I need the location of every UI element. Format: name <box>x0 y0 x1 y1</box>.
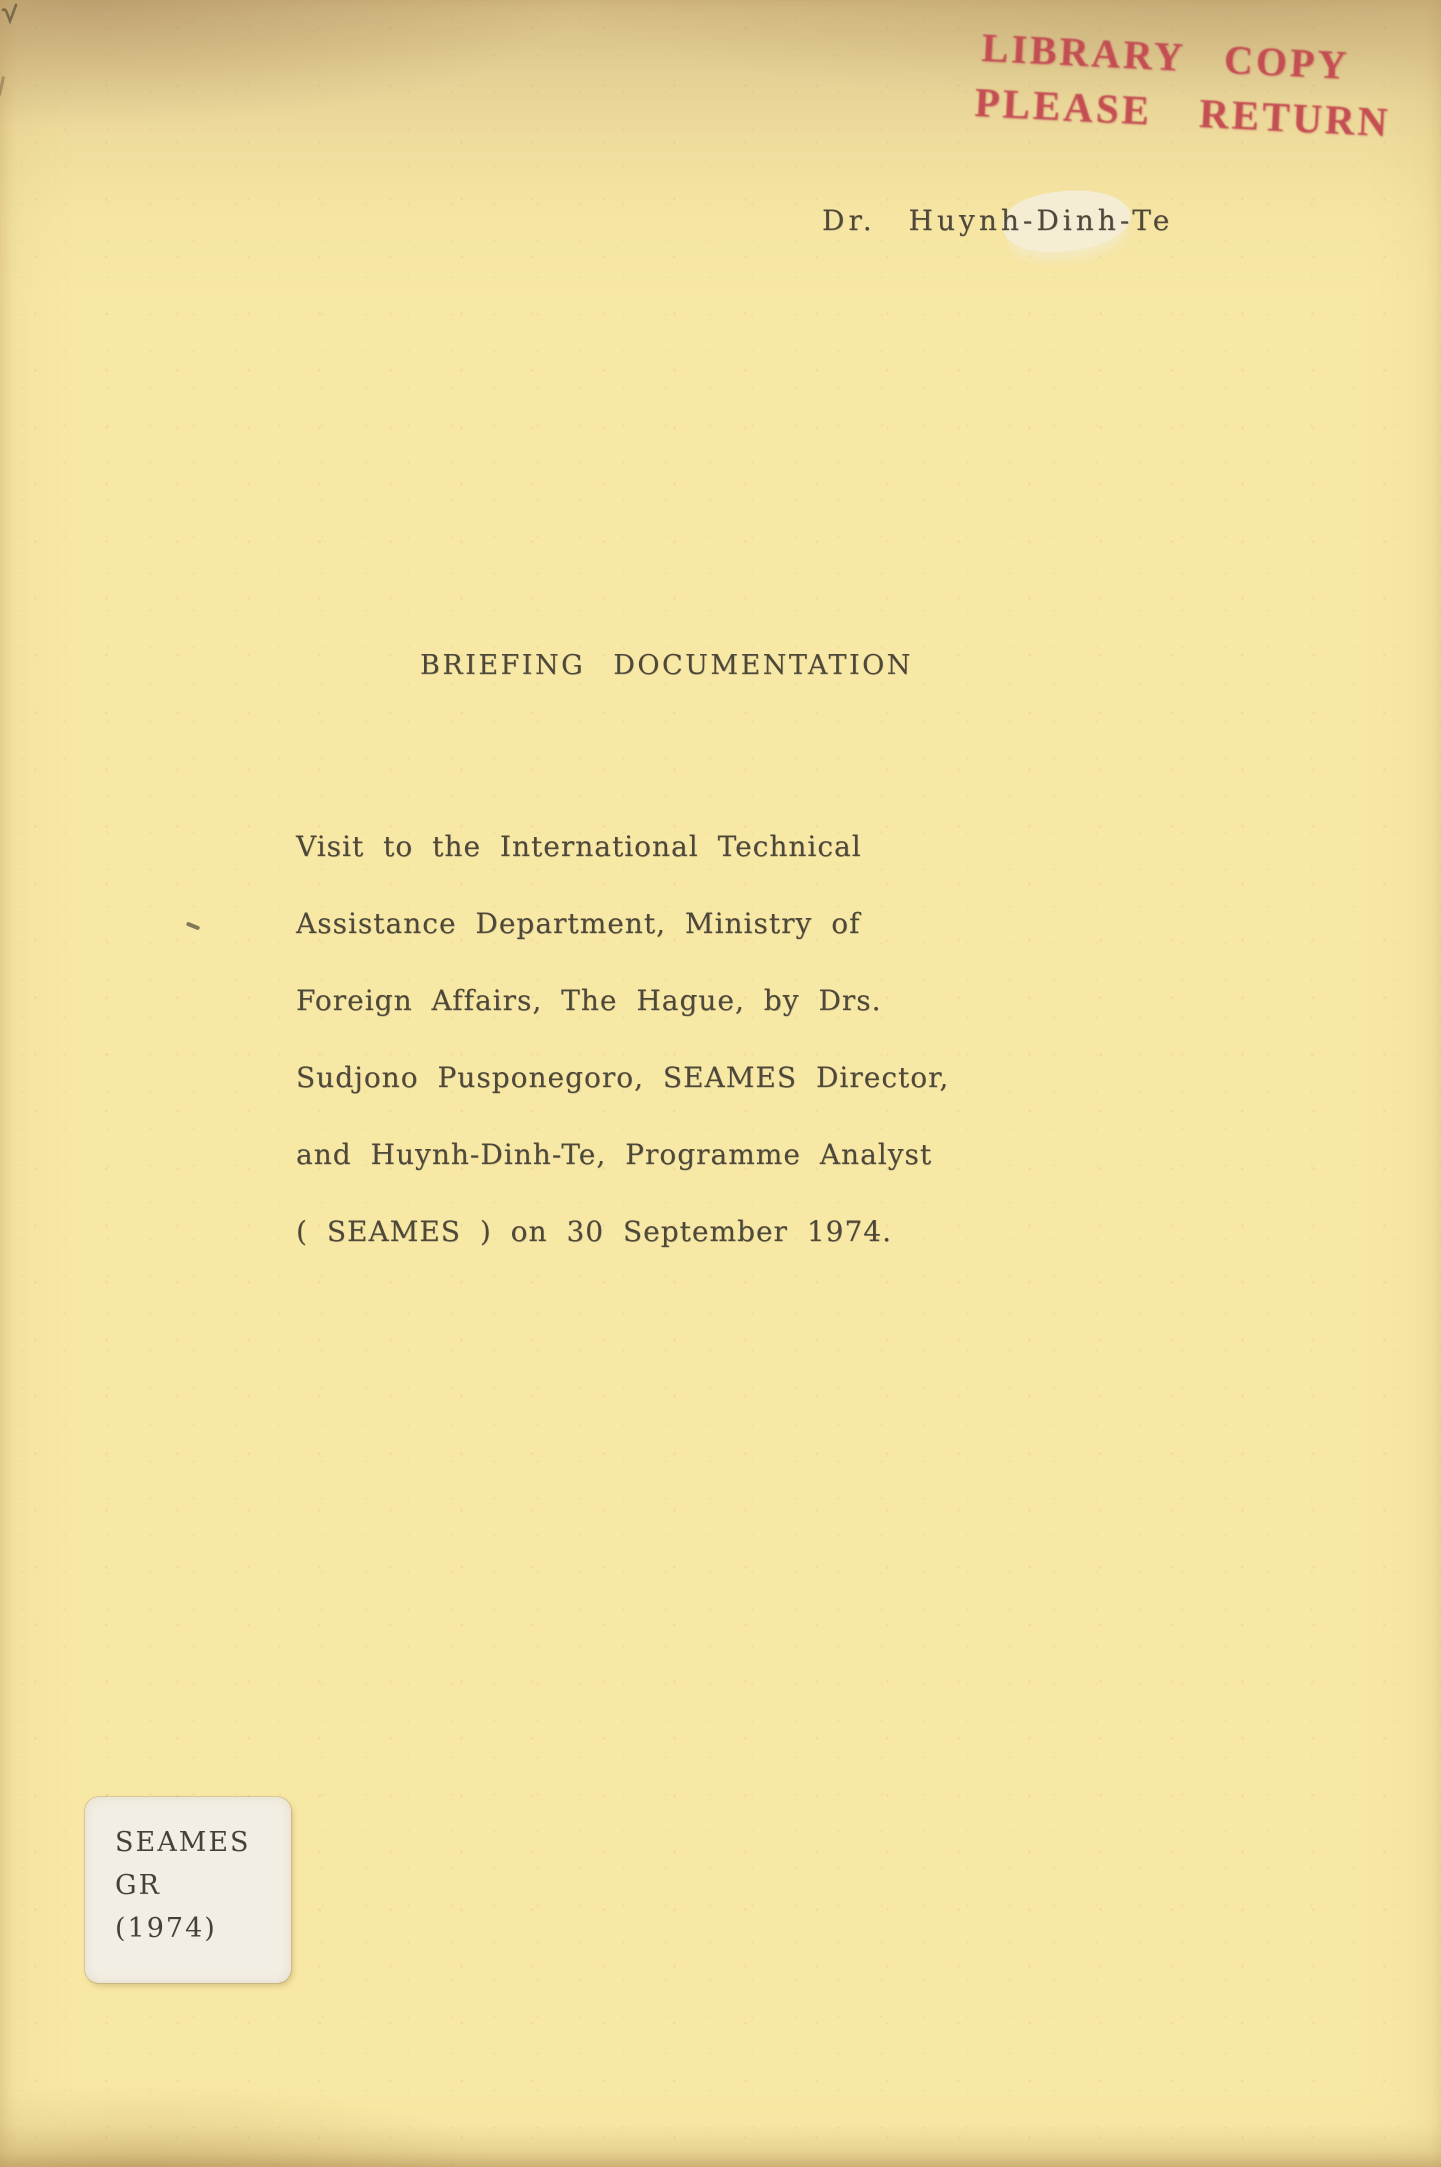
pen-checkmark <box>0 2 30 36</box>
sticker-line-year: (1974) <box>115 1907 291 1950</box>
scanned-page: LIBRARY COPY PLEASE RETURN Dr. Huynh-Din… <box>0 0 1441 2167</box>
library-stamp-line-2: PLEASE RETURN <box>974 78 1392 146</box>
pen-dash-mark <box>186 922 200 931</box>
body-line-4: Sudjono Pusponegoro, SEAMES Director, <box>296 1039 949 1116</box>
body-line-1: Visit to the International Technical <box>296 808 949 885</box>
library-stamp-line-1: LIBRARY COPY <box>981 24 1351 89</box>
author-name: Dr. Huynh-Dinh-Te <box>822 204 1173 237</box>
pen-scratch-mark <box>0 76 5 96</box>
catalog-sticker: SEAMES GR (1974) <box>85 1797 291 1983</box>
sticker-line-shelfmark: GR <box>115 1864 291 1907</box>
catalog-sticker-text: SEAMES GR (1974) <box>85 1797 291 1950</box>
sticker-line-collection: SEAMES <box>115 1821 291 1864</box>
body-paragraph: Visit to the International Technical Ass… <box>296 808 949 1270</box>
document-title: BRIEFING DOCUMENTATION <box>420 650 913 681</box>
body-line-3: Foreign Affairs, The Hague, by Drs. <box>296 962 949 1039</box>
body-line-2: Assistance Department, Ministry of <box>296 885 949 962</box>
body-line-5: and Huynh-Dinh-Te, Programme Analyst <box>296 1116 949 1193</box>
body-line-6: ( SEAMES ) on 30 September 1974. <box>296 1193 949 1270</box>
